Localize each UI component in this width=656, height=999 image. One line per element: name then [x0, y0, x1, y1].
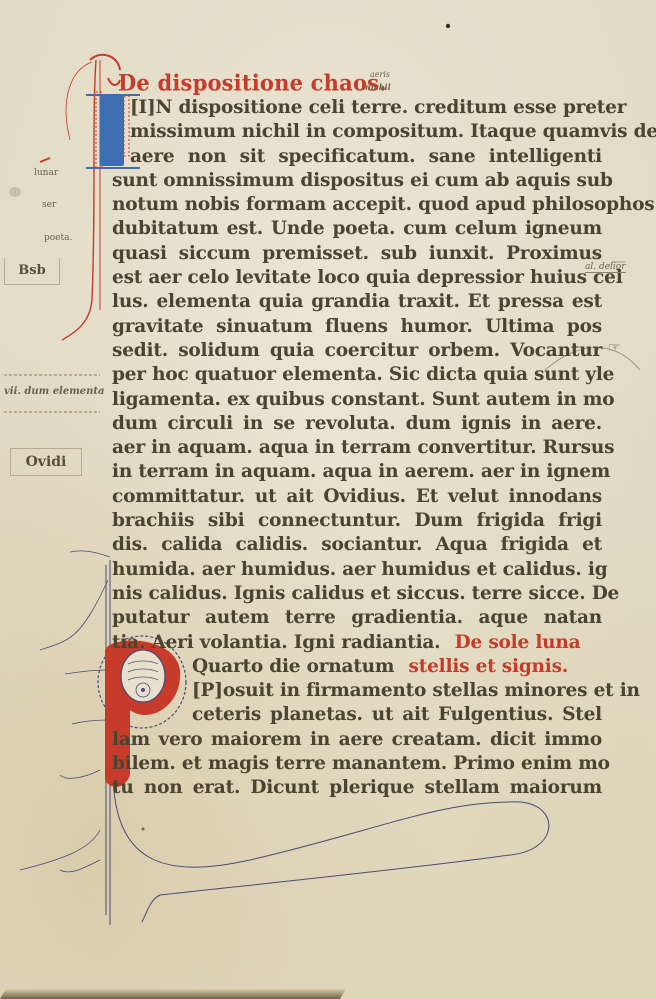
text-line: gravitate sinuatum fluens humor. Ultima …	[112, 315, 602, 339]
rubric-inline: stellis et signis.	[409, 656, 569, 677]
marginal-note-boxed: Ovidi	[10, 448, 82, 476]
text-line: sedit. solidum quia coercitur orbem. Voc…	[112, 339, 602, 363]
text-line: notum nobis formam accepit. quod apud ph…	[112, 193, 602, 217]
text-line: nis calidus. Ignis calidus et siccus. te…	[112, 582, 602, 606]
text-line: quasi siccum premisset. sub iunxit. Prox…	[112, 242, 602, 266]
text-line: humida. aer humidus. aer humidus et cali…	[112, 558, 602, 582]
text-line: putatur autem terre gradientia. aque nat…	[112, 606, 602, 630]
rubric-heading: De dispositione chaos.	[118, 69, 387, 95]
text-line: bilem. et magis terre manantem. Primo en…	[112, 752, 602, 776]
text-line-content: Quarto die ornatum	[192, 656, 394, 677]
marginal-note-boxed: Bsb	[4, 258, 60, 285]
text-line: ceteris planetas. ut ait Fulgentius. Ste…	[112, 703, 602, 727]
text-line: dubitatum est. Unde poeta. cum celum ign…	[112, 217, 602, 241]
text-line: est aer celo levitate loco quia depressi…	[112, 266, 602, 290]
marginal-note: lunar	[34, 168, 58, 178]
text-line: sunt omnissimum dispositus ei cum ab aqu…	[112, 169, 602, 193]
text-line: tia. Aeri volantia. Igni radiantia. De s…	[112, 631, 602, 655]
marginal-note-bordered: vii. dum elementa	[4, 386, 105, 397]
text-line: dis. calida calidis. sociantur. Aqua fri…	[112, 533, 602, 557]
marginal-note: ser	[42, 200, 56, 210]
text-line: [P]osuit in firmamento stellas minores e…	[112, 679, 602, 703]
marginal-note: al. delior	[585, 262, 626, 273]
manicule-icon: ☞	[608, 340, 621, 356]
marginal-note: poeta.	[44, 233, 72, 243]
text-line: in terram in aquam. aqua in aerem. aer i…	[112, 460, 602, 484]
text-line-content: tia. Aeri volantia. Igni radiantia.	[112, 632, 440, 653]
text-line: per hoc quatuor elementa. Sic dicta quia…	[112, 363, 602, 387]
text-line: ligamenta. ex quibus constant. Sunt aute…	[112, 388, 602, 412]
interlinear-gloss: nichil	[365, 82, 391, 92]
text-line: tu non erat. Dicunt plerique stellam mai…	[112, 776, 602, 800]
text-line: committatur. ut ait Ovidius. Et velut in…	[112, 485, 602, 509]
interlinear-gloss: aeris	[370, 70, 390, 79]
text-line: Quarto die ornatum stellis et signis.	[112, 655, 602, 679]
text-line: lam vero maiorem in aere creatam. dicit …	[112, 728, 602, 752]
text-line: missimum nichil in compositum. Itaque qu…	[112, 120, 602, 144]
text-line: [I]N dispositione celi terre. creditum e…	[112, 96, 602, 120]
text-line: aer in aquam. aqua in terram convertitur…	[112, 436, 602, 460]
rubric-inline: De sole luna	[455, 632, 581, 653]
main-text-column: [I]N dispositione celi terre. creditum e…	[112, 96, 602, 801]
text-line: aere non sit specificatum. sane intellig…	[112, 145, 602, 169]
text-line: brachiis sibi connectuntur. Dum frigida …	[112, 509, 602, 533]
page-edge	[0, 989, 346, 999]
manuscript-page: De dispositione chaos. aeris nichil [I]N…	[0, 0, 656, 999]
text-line: dum circuli in se revoluta. dum ignis in…	[112, 412, 602, 436]
text-line: lus. elementa quia grandia traxit. Et pr…	[112, 290, 602, 314]
